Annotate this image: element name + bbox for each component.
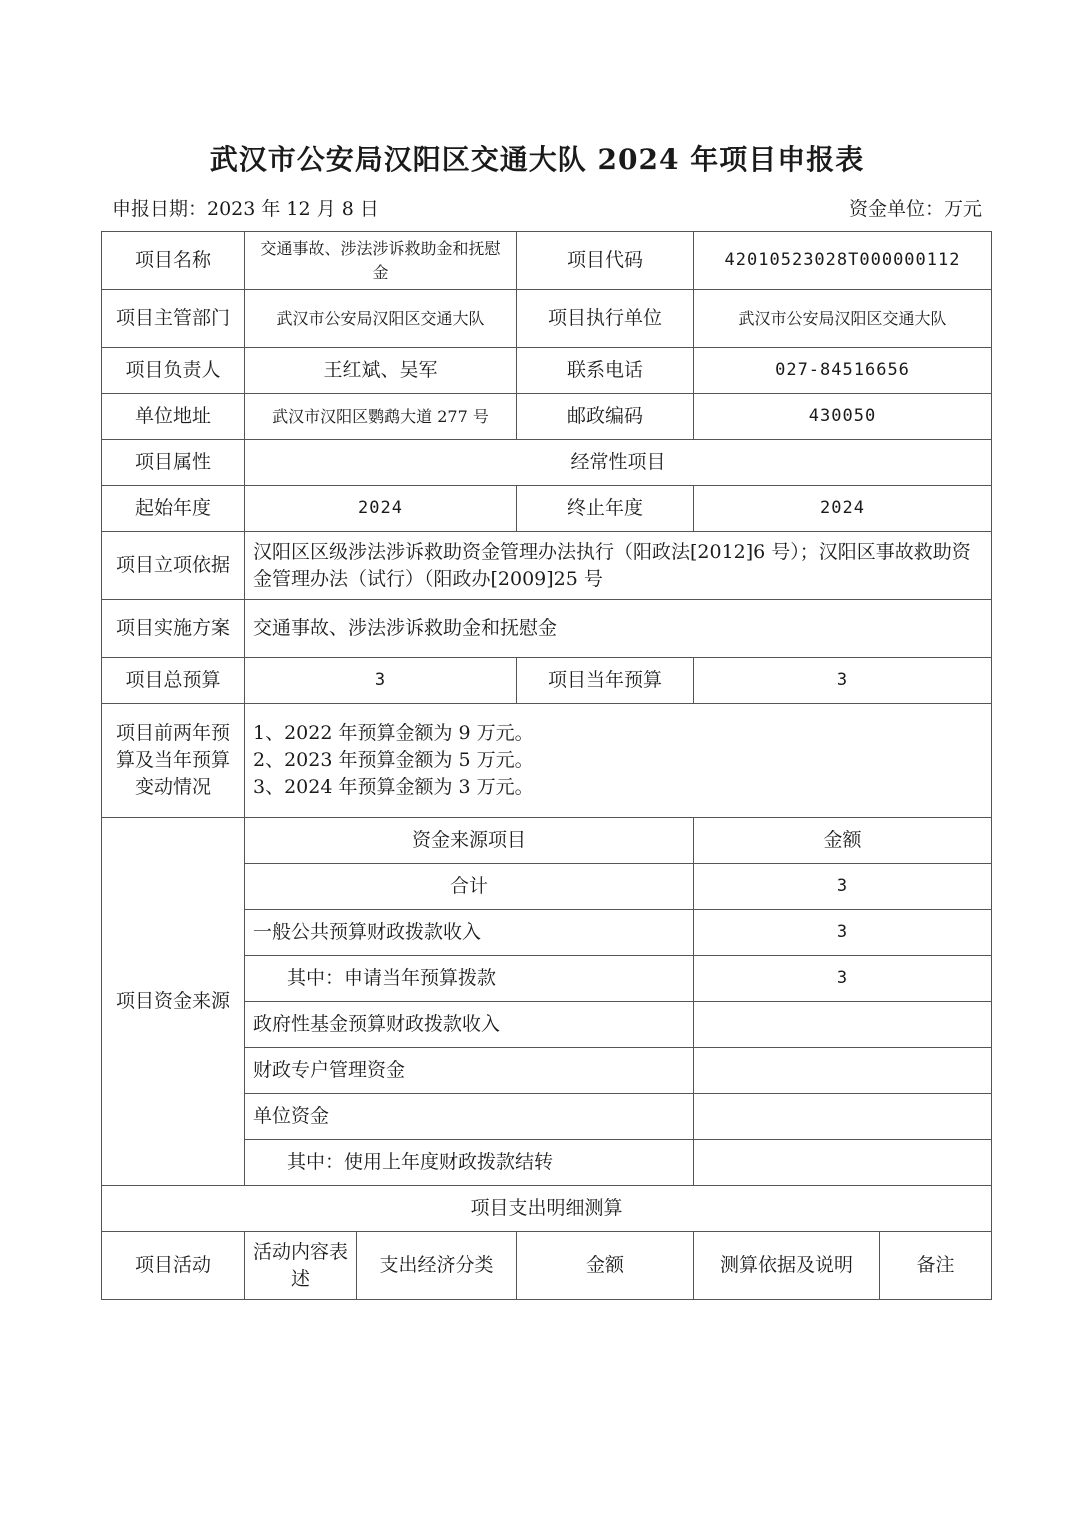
funding-item: 政府性基金预算财政拨款收入	[245, 1002, 694, 1048]
budget-change-line: 3、2024 年预算金额为 3 万元。	[253, 774, 983, 801]
funding-item: 其中：申请当年预算拨款	[245, 956, 694, 1002]
expense-col-activity: 项目活动	[102, 1232, 245, 1300]
funding-amount: 3	[694, 956, 992, 1002]
zip: 430050	[694, 394, 992, 440]
expense-section-title: 项目支出明细测算	[102, 1186, 992, 1232]
funding-item: 合计	[245, 864, 694, 910]
start-year: 2024	[245, 486, 517, 532]
funding-amount	[694, 1094, 992, 1140]
fund-unit: 资金单位：万元	[849, 194, 982, 221]
label-start-year: 起始年度	[102, 486, 245, 532]
project-application-table: 项目名称 交通事故、涉法涉诉救助金和抚慰金 项目代码 42010523028T0…	[101, 231, 992, 1300]
label-end-year: 终止年度	[517, 486, 694, 532]
label-plan: 项目实施方案	[102, 600, 245, 658]
funding-amount: 3	[694, 910, 992, 956]
expense-col-basis: 测算依据及说明	[694, 1232, 880, 1300]
end-year: 2024	[694, 486, 992, 532]
label-dept: 项目主管部门	[102, 290, 245, 348]
dept: 武汉市公安局汉阳区交通大队	[245, 290, 517, 348]
label-phone: 联系电话	[517, 348, 694, 394]
expense-col-content: 活动内容表述	[245, 1232, 357, 1300]
expense-col-econ-class: 支出经济分类	[357, 1232, 517, 1300]
funding-col-item: 资金来源项目	[245, 818, 694, 864]
label-budget-change: 项目前两年预算及当年预算变动情况	[102, 704, 245, 818]
report-date: 申报日期：2023 年 12 月 8 日	[112, 194, 379, 221]
label-funding: 项目资金来源	[102, 818, 245, 1186]
label-total-budget: 项目总预算	[102, 658, 245, 704]
funding-amount	[694, 1002, 992, 1048]
expense-col-remarks: 备注	[880, 1232, 992, 1300]
exec-unit: 武汉市公安局汉阳区交通大队	[694, 290, 992, 348]
budget-change-line: 2、2023 年预算金额为 5 万元。	[253, 747, 983, 774]
funding-item: 其中：使用上年度财政拨款结转	[245, 1140, 694, 1186]
funding-item: 一般公共预算财政拨款收入	[245, 910, 694, 956]
attr: 经常性项目	[245, 440, 992, 486]
label-year-budget: 项目当年预算	[517, 658, 694, 704]
label-project-code: 项目代码	[517, 232, 694, 290]
address: 武汉市汉阳区鹦鹉大道 277 号	[245, 394, 517, 440]
year-budget: 3	[694, 658, 992, 704]
project-name: 交通事故、涉法涉诉救助金和抚慰金	[245, 232, 517, 290]
budget-change: 1、2022 年预算金额为 9 万元。 2、2023 年预算金额为 5 万元。 …	[245, 704, 992, 818]
budget-change-line: 1、2022 年预算金额为 9 万元。	[253, 720, 983, 747]
total-budget: 3	[245, 658, 517, 704]
leader: 王红斌、吴军	[245, 348, 517, 394]
expense-col-amount: 金额	[517, 1232, 694, 1300]
funding-amount: 3	[694, 864, 992, 910]
plan: 交通事故、涉法涉诉救助金和抚慰金	[245, 600, 992, 658]
project-code: 42010523028T000000112	[694, 232, 992, 290]
label-basis: 项目立项依据	[102, 532, 245, 600]
funding-col-amount: 金额	[694, 818, 992, 864]
basis: 汉阳区区级涉法涉诉救助资金管理办法执行（阳政法[2012]6 号）；汉阳区事故救…	[245, 532, 992, 600]
funding-amount	[694, 1048, 992, 1094]
label-project-name: 项目名称	[102, 232, 245, 290]
funding-item: 单位资金	[245, 1094, 694, 1140]
label-attr: 项目属性	[102, 440, 245, 486]
page-title: 武汉市公安局汉阳区交通大队 2024 年项目申报表	[0, 138, 1074, 178]
report-meta: 申报日期：2023 年 12 月 8 日 资金单位：万元	[112, 194, 982, 221]
label-leader: 项目负责人	[102, 348, 245, 394]
phone: 027-84516656	[694, 348, 992, 394]
label-address: 单位地址	[102, 394, 245, 440]
funding-item: 财政专户管理资金	[245, 1048, 694, 1094]
funding-amount	[694, 1140, 992, 1186]
label-exec-unit: 项目执行单位	[517, 290, 694, 348]
label-zip: 邮政编码	[517, 394, 694, 440]
